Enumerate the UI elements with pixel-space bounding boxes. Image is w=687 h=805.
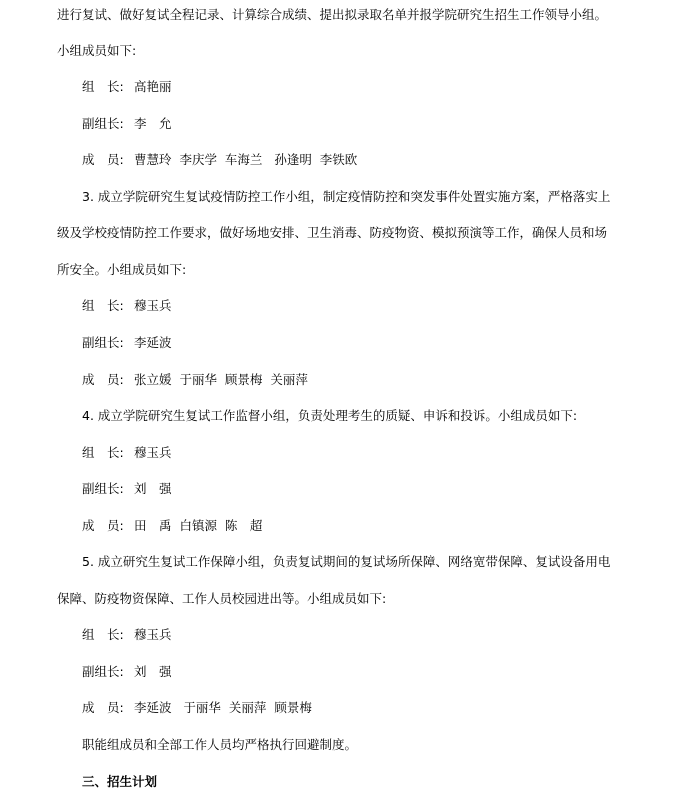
group2-deputy-line: 副组长:李 允 [82, 114, 172, 134]
member-names: 张立媛 于丽华 顾景梅 关丽萍 [134, 372, 308, 387]
section3-deputy-line: 副组长:李延波 [82, 333, 172, 353]
member-names: 刘 强 [134, 664, 172, 679]
member-names: 李延波 [134, 335, 172, 350]
role-label: 组 长: [82, 625, 134, 645]
section5-leader-line: 组 长:穆玉兵 [82, 625, 172, 645]
member-names: 李延波 于丽华 关丽萍 顾景梅 [134, 700, 312, 715]
section5-paragraph-line: 保障、防疫物资保障、工作人员校园进出等。小组成员如下: [57, 589, 386, 609]
section5-members-line: 成 员:李延波 于丽华 关丽萍 顾景梅 [82, 698, 312, 718]
member-names: 李 允 [134, 116, 172, 131]
member-names: 曹慧玲 李庆学 车海兰 孙逢明 李铁欧 [134, 152, 357, 167]
member-names: 田 禹 白镇源 陈 超 [134, 518, 262, 533]
group2-leader-line: 组 长:高艳丽 [82, 77, 172, 97]
section5-deputy-line: 副组长:刘 强 [82, 662, 172, 682]
section4-deputy-line: 副组长:刘 强 [82, 479, 172, 499]
section4-paragraph-line: 4. 成立学院研究生复试工作监督小组，负责处理考生的质疑、申诉和投诉。小组成员如… [82, 406, 577, 426]
member-names: 穆玉兵 [134, 298, 172, 313]
role-label: 组 长: [82, 296, 134, 316]
section3-paragraph-line: 所安全。小组成员如下: [57, 260, 186, 280]
role-label: 成 员: [82, 516, 134, 536]
member-names: 穆玉兵 [134, 445, 172, 460]
section3-paragraph-line: 3. 成立学院研究生复试疫情防控工作小组，制定疫情防控和突发事件处置实施方案，严… [82, 187, 610, 207]
role-label: 成 员: [82, 698, 134, 718]
role-label: 成 员: [82, 150, 134, 170]
section3-paragraph-line: 级及学校疫情防控工作要求，做好场地安排、卫生消毒、防疫物资、模拟预演等工作，确保… [57, 223, 607, 243]
member-names: 穆玉兵 [134, 627, 172, 642]
member-names: 刘 强 [134, 481, 172, 496]
member-names: 高艳丽 [134, 79, 172, 94]
paragraph-line: 小组成员如下: [57, 41, 136, 61]
section5-paragraph-line: 5. 成立研究生复试工作保障小组，负责复试期间的复试场所保障、网络宽带保障、复试… [82, 552, 610, 572]
section-heading: 三、招生计划 [82, 772, 157, 792]
role-label: 成 员: [82, 370, 134, 390]
section3-members-line: 成 员:张立媛 于丽华 顾景梅 关丽萍 [82, 370, 308, 390]
role-label: 副组长: [82, 333, 134, 353]
role-label: 组 长: [82, 77, 134, 97]
avoidance-note: 职能组成员和全部工作人员均严格执行回避制度。 [82, 735, 357, 755]
role-label: 组 长: [82, 443, 134, 463]
role-label: 副组长: [82, 114, 134, 134]
paragraph-line: 进行复试、做好复试全程记录、计算综合成绩、提出拟录取名单并报学院研究生招生工作领… [57, 5, 607, 25]
section3-leader-line: 组 长:穆玉兵 [82, 296, 172, 316]
role-label: 副组长: [82, 479, 134, 499]
group2-members-line: 成 员:曹慧玲 李庆学 车海兰 孙逢明 李铁欧 [82, 150, 357, 170]
role-label: 副组长: [82, 662, 134, 682]
section4-members-line: 成 员:田 禹 白镇源 陈 超 [82, 516, 262, 536]
section4-leader-line: 组 长:穆玉兵 [82, 443, 172, 463]
